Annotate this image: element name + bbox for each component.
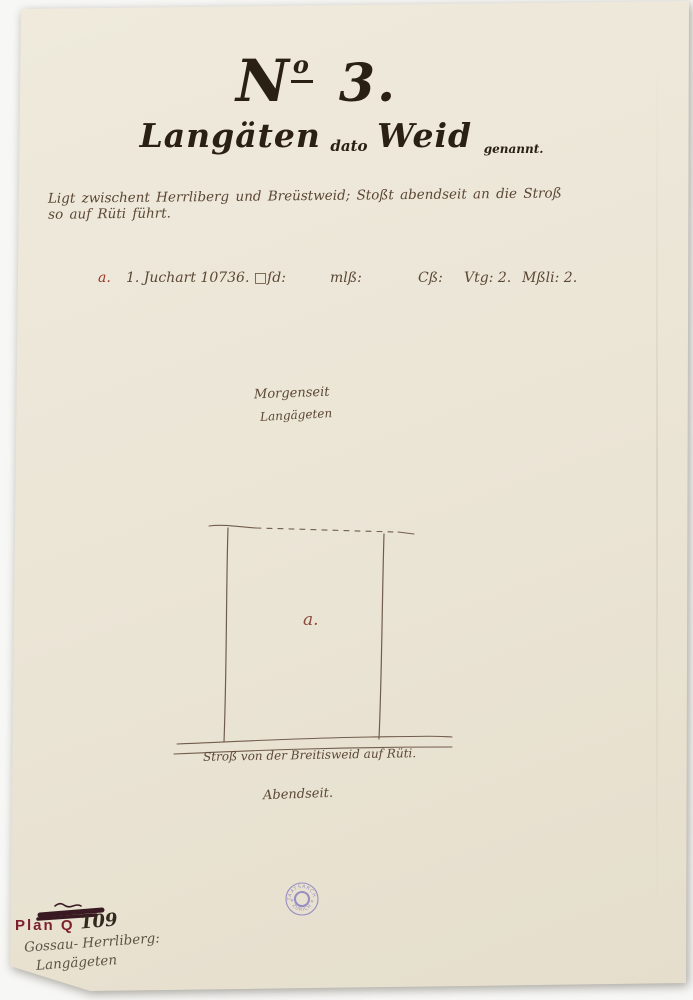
measure-marker-a: a. [98,270,111,286]
parcel-label: a. [303,610,319,630]
orientation-top-label: Morgenseit [254,385,330,403]
document-heading: Langäten dato Weid genannt. [0,116,683,155]
parcel-sketch [174,525,452,754]
catalog-location-line1: Gossau- Herrliberg: [24,930,161,955]
title-superscript-o: o [291,50,313,83]
heading-word-langaeten: Langäten [140,116,321,155]
road-upper-line [177,736,452,744]
heading-word-genannt: genannt. [484,142,544,156]
measure-val4: Mßli: 2. [522,270,577,286]
parcel-top-edge-dashed [256,528,398,532]
measure-val1: mlß: [330,270,362,286]
paper-shadow: No3. Langäten dato Weid genannt. Ligt zw… [0,0,693,1000]
plan-number: 109 [79,909,118,933]
measure-area: 1. Juchart 10736. □ſd: [126,270,286,286]
parcel-left-boundary [224,528,228,742]
heading-word-dato: dato [330,137,367,155]
stamp-text-bottom: ✶ ZÜRICH ✶ [288,898,316,913]
heading-word-weid: Weid [377,116,472,155]
archive-stamp: STAATSARCHIV ✶ ZÜRICH ✶ [282,879,322,919]
crossed-out-squiggle [55,904,81,907]
road-caption: Stroß von der Breitisweid auf Rüti. [203,746,416,764]
stamp-outer-ring [286,883,318,915]
description-line: Ligt zwischent Herrliberg und Breüstweid… [48,185,582,223]
title-number: 3. [339,53,397,114]
stamp-text-top: STAATSARCHIV [282,879,317,901]
parcel-right-boundary [379,534,384,739]
stamp-inner-ring [295,892,309,906]
catalog-location-line2: Langägeten [36,952,118,974]
orientation-bottom-label: Abendseit. [263,786,333,803]
title-letter-n: N [236,47,291,115]
parcel-top-edge-tail [398,532,414,534]
plan-catalog-stamp: Plan Q [15,917,75,934]
measure-val2: Cß: [418,270,443,286]
paper-sheet: No3. Langäten dato Weid genannt. Ligt zw… [0,0,693,1000]
paper-crease [656,60,658,920]
orientation-top-sublabel: Langägeten [260,406,333,424]
page-title: No3. [0,50,633,110]
scan-background: No3. Langäten dato Weid genannt. Ligt zw… [0,0,693,1000]
parcel-top-edge-solid [209,525,256,528]
measure-val3: Vtg: 2. [464,270,511,286]
